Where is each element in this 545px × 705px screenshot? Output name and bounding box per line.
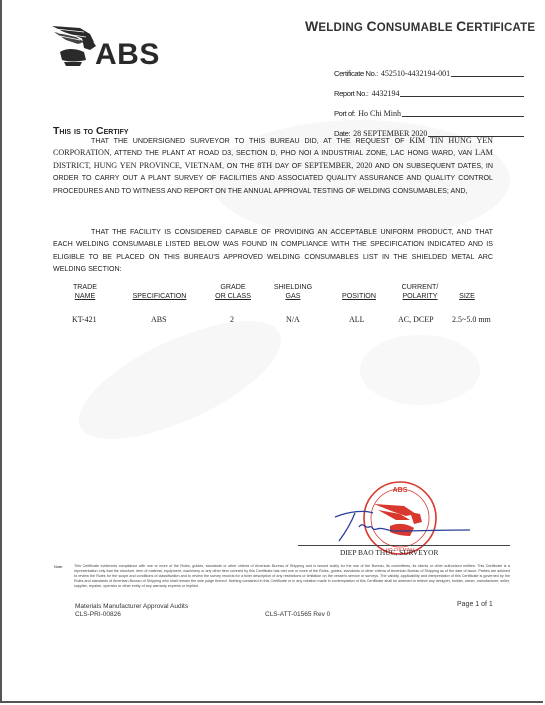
column-header-polarity: CURRENT/POLARITY bbox=[394, 283, 446, 301]
column-header-specification: SPECIFICATION bbox=[122, 283, 197, 301]
paragraph-compliance: THAT THE FACILITY IS CONSIDERED CAPABLE … bbox=[53, 226, 493, 276]
port-value: Ho Chi Minh bbox=[358, 109, 401, 118]
svg-text:ABS: ABS bbox=[393, 487, 408, 494]
cell-trade-name: KT-421 bbox=[72, 315, 97, 324]
surveyor-name: DIEP BAO THUC, SURVEYOR bbox=[340, 548, 438, 557]
survey-day: 8TH bbox=[257, 161, 272, 170]
cell-grade: 2 bbox=[230, 315, 234, 324]
footer-left: Materials Manufacturer Approval Audits C… bbox=[75, 603, 188, 619]
abs-logo-text: ABS bbox=[95, 38, 160, 72]
column-header-grade: GRADEOR CLASS bbox=[208, 283, 258, 301]
cell-shielding-gas: N/A bbox=[286, 315, 300, 324]
cell-position: ALL bbox=[349, 315, 365, 324]
certificate-number-field: Certificate No.: 452510-4432194-001 bbox=[334, 58, 524, 78]
document-title: WELDING CONSUMABLE CERTIFICATE bbox=[305, 18, 535, 34]
certificate-number: 452510-4432194-001 bbox=[381, 69, 450, 78]
eagle-icon bbox=[50, 22, 100, 72]
survey-month-year: SEPTEMBER, 2020 bbox=[305, 161, 373, 170]
underline bbox=[400, 96, 524, 97]
column-header-trade-name: TRADENAME bbox=[60, 283, 110, 301]
cell-polarity: AC, DCEP bbox=[398, 315, 434, 324]
underline bbox=[451, 76, 524, 77]
paragraph-survey: THAT THE UNDERSIGNED SURVEYOR TO THIS BU… bbox=[53, 135, 493, 197]
column-header-size: SIZE bbox=[450, 283, 484, 301]
column-header-position: POSITION bbox=[334, 283, 384, 301]
certificate-meta: Certificate No.: 452510-4432194-001 Repo… bbox=[334, 58, 524, 138]
page-number: Page 1 of 1 bbox=[457, 601, 493, 609]
legal-note: This Certificate evidences compliance wi… bbox=[74, 564, 510, 589]
note-label: Note: bbox=[54, 565, 63, 569]
report-number-field: Report No.: 4432194 bbox=[334, 78, 524, 98]
report-number: 4432194 bbox=[371, 89, 399, 98]
footer-program-name: Materials Manufacturer Approval Audits bbox=[75, 603, 188, 611]
cell-size: 2.5~5.0 mm bbox=[452, 315, 491, 324]
signature-line bbox=[298, 545, 510, 546]
footer-form-code: CLS-ATT-01565 Rev 0 bbox=[265, 611, 330, 619]
cell-specification: ABS bbox=[151, 315, 167, 324]
column-header-shielding-gas: SHIELDINGGAS bbox=[268, 283, 318, 301]
footer-program-code: CLS-PRI-00826 bbox=[75, 611, 188, 619]
underline bbox=[402, 116, 524, 117]
surveyor-signature bbox=[325, 505, 475, 545]
port-field: Port of: Ho Chi Minh bbox=[334, 98, 524, 118]
